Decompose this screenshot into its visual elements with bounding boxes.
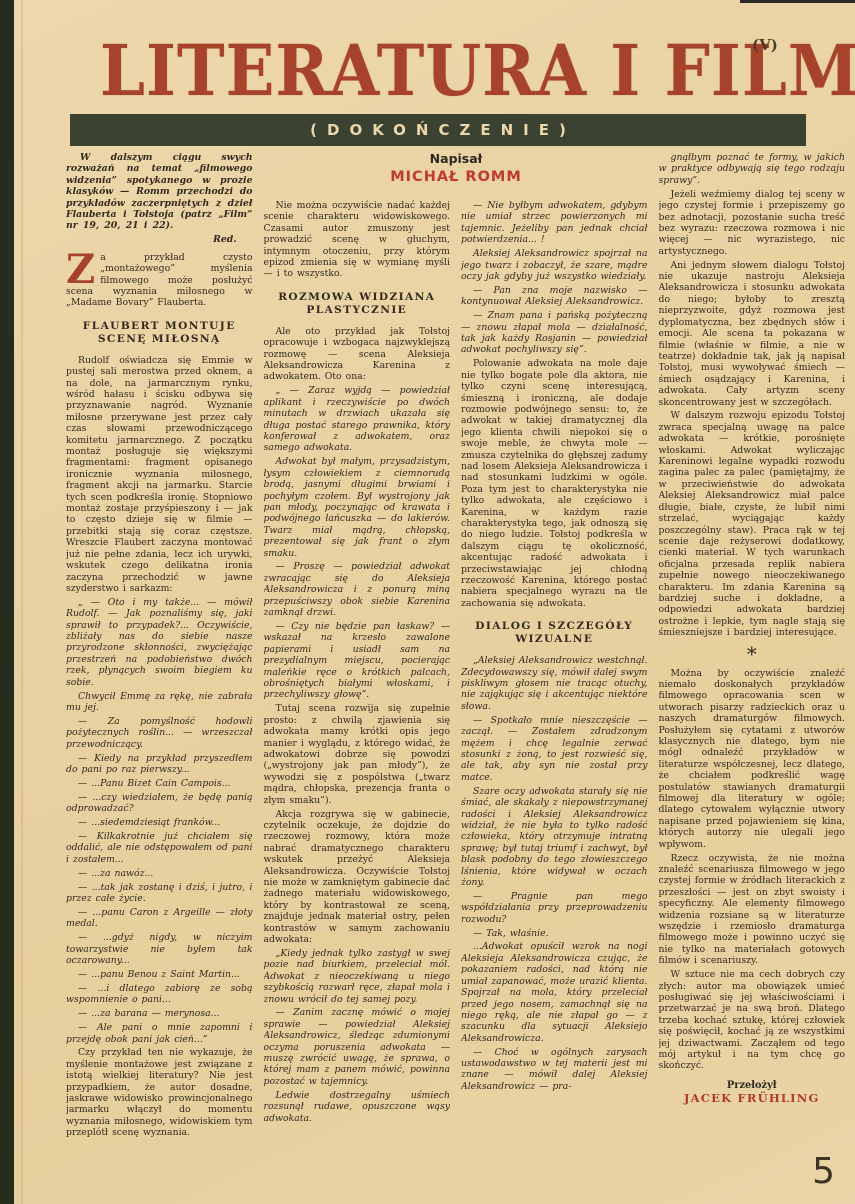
paragraph: — Choć w ogólnych zarysach ustawodawstwo… [461, 1047, 648, 1093]
paragraph: — Tak, właśnie. [461, 928, 648, 939]
paragraph: Rudolf oświadcza się Emmie w pustej sali… [66, 355, 253, 595]
magazine-page: LITERATURA I FILM (V) (DOKOŃCZENIE) Napi… [0, 0, 855, 1204]
paragraph: — ...gdyż nigdy, w niczyim towarzystwie … [66, 932, 253, 966]
paragraph: Szare oczy adwokata starały się nie śmia… [461, 786, 648, 889]
paragraph: — Proszę — powiedział adwokat zwracając … [264, 561, 451, 618]
byline: Napisał MICHAŁ ROMM [263, 151, 649, 185]
paragraph: — Kilkakrotnie już chciałem się oddalić,… [66, 831, 253, 865]
paragraph: Ledwie dostrzegalny uśmiech rozsunął rud… [264, 1090, 451, 1124]
editorial-note: Red. [66, 234, 253, 245]
drop-cap: Z [66, 254, 95, 285]
paragraph: Czy przykład ten nie wykazuje, że myślen… [66, 1047, 253, 1138]
subtitle-text: (DOKOŃCZENIE) [300, 121, 576, 139]
page-title: LITERATURA I FILM [100, 30, 815, 114]
paragraph: Nie można oczywiście nadać każdej scenie… [264, 200, 451, 280]
paragraph: — ...Panu Bizet Cain Campois... [66, 778, 253, 789]
paragraph: — Za pomyślność hodowli pożytecznych roś… [66, 716, 253, 750]
paragraph: Rzecz oczywista, że nie można znaleźć sc… [659, 853, 846, 967]
page-number: 5 [812, 1151, 835, 1192]
paragraph: — ...za barana — merynosa... [66, 1008, 253, 1019]
paragraph: Adwokat był małym, przysadzistym, łysym … [264, 456, 451, 559]
byline-label: Napisał [263, 151, 649, 166]
paragraph: — Zanim zacznę mówić o mojej sprawie — p… [264, 1007, 451, 1087]
translator-label: Przełożył [659, 1080, 846, 1091]
byline-author: MICHAŁ ROMM [263, 169, 649, 185]
paragraph: — Pragnie pan mego współdziałania przy p… [461, 891, 648, 925]
paragraph: — Nie byłbym adwokatem, gdybym nie umiał… [461, 200, 648, 246]
lead-paragraph: Za przykład czysto „montażowego” myśleni… [66, 252, 253, 309]
paragraph: Jeżeli weźmiemy dialog tej sceny w jego … [659, 189, 846, 257]
paragraph: gnąłbym poznać te formy, w jakich w prak… [659, 152, 846, 186]
paragraph: Ale oto przykład jak Tołstoj opracowuje … [264, 326, 451, 383]
masthead: LITERATURA I FILM (V) [0, 34, 855, 114]
column-3: — Nie byłbym adwokatem, gdybym nie umiał… [461, 152, 648, 1204]
editorial-note: W dalszym ciągu swych rozważań na temat … [66, 152, 253, 232]
paragraph: Ani jednym słowem dialogu Tołstoj nie uk… [659, 260, 846, 408]
paragraph: — Czy nie będzie pan łaskaw? — wskazał n… [264, 621, 451, 701]
paragraph: — ...tak jak zostanę i dziś, i jutro, i … [66, 882, 253, 905]
translator-signature: PrzełożyłJACEK FRÜHLING [659, 1080, 846, 1105]
paragraph: — Ale pani o mnie zapomni i przejdę obok… [66, 1022, 253, 1045]
paragraph: — Znam pana i pańską pożyteczną — znowu … [461, 310, 648, 356]
star-divider: * [659, 645, 846, 663]
paragraph: Tutaj scena rozwija się zupełnie prosto:… [264, 703, 451, 806]
paragraph: Akcja rozgrywa się w gabinecie, czytelni… [264, 809, 451, 946]
article-columns: Napisał MICHAŁ ROMM W dalszym ciągu swyc… [66, 152, 845, 1204]
paragraph: — ...panu Benou z Saint Martin... [66, 969, 253, 980]
paragraph: „Kiedy jednak tylko zastygł w swej pozie… [264, 948, 451, 1005]
column-2: Nie można oczywiście nadać każdej scenie… [264, 152, 451, 1204]
paragraph: — ...czy wiedziałem, że będę panią odpro… [66, 792, 253, 815]
paragraph: W sztuce nie ma cech dobrych czy złych: … [659, 969, 846, 1072]
paragraph: Można by oczywiście znaleźć niemało dosk… [659, 668, 846, 851]
paper-crease [21, 0, 23, 1204]
paragraph: W dalszym rozwoju epizodu Tołstoj zwraca… [659, 410, 846, 638]
column-4: gnąłbym poznać te formy, w jakich w prak… [659, 152, 846, 1204]
paragraph: — ...za nawóz... [66, 868, 253, 879]
paragraph: — ...panu Caron z Argeille — złoty medal… [66, 907, 253, 930]
paragraph: — Kiedy na przykład przyszedłem do pani … [66, 753, 253, 776]
paragraph: — Pan zna moje nazwisko — kontynuował Al… [461, 285, 648, 308]
translator-name: JACEK FRÜHLING [659, 1093, 846, 1104]
paragraph: — Spotkało mnie nieszczęście — zaczął. —… [461, 715, 648, 783]
paragraph: „ — Oto i my także... — mówił Rudolf. — … [66, 597, 253, 688]
paragraph: Aleksiej Aleksandrowicz spojrzał na jego… [461, 248, 648, 282]
paragraph: „Aleksiej Aleksandrowicz westchnął. Zdec… [461, 655, 648, 712]
series-number: (V) [752, 36, 778, 54]
section-heading: DIALOG I SZCZEGÓŁY WIZUALNE [463, 620, 646, 646]
paragraph: — ...i dlatego zabiorę ze sobą wspomnien… [66, 983, 253, 1006]
paragraph: Chwycił Emmę za rękę, nie zabrała mu jej… [66, 691, 253, 714]
column-1: W dalszym ciągu swych rozważań na temat … [66, 152, 253, 1204]
paragraph: „ — Zaraz wyjdą — powiedział aplikant i … [264, 385, 451, 453]
page-left-edge-bar [0, 0, 14, 1204]
paragraph: Polowanie adwokata na mole daje nie tylk… [461, 358, 648, 609]
section-heading: FLAUBERT MONTUJE SCENĘ MIŁOSNĄ [68, 320, 251, 346]
paragraph: — ...siedemdziesiąt franków... [66, 817, 253, 828]
paragraph: ...Adwokat opuścił wzrok na nogi Aleksie… [461, 941, 648, 1044]
section-heading: ROZMOWA WIDZIANA PLASTYCZNIE [266, 291, 449, 317]
page-top-edge-line [740, 0, 855, 3]
subtitle-bar: (DOKOŃCZENIE) [70, 114, 806, 146]
